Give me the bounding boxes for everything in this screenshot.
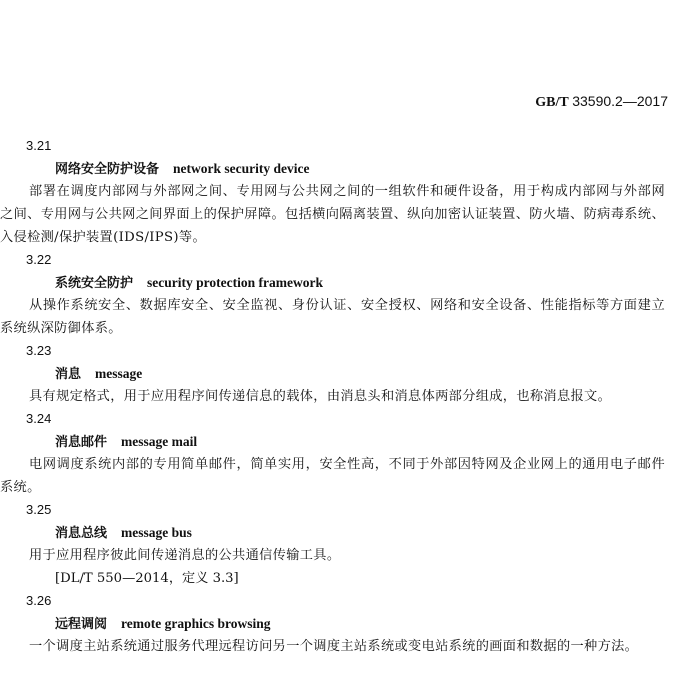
entry-number: 3.21 <box>26 135 672 157</box>
term-cn: 消息总线 <box>55 526 107 541</box>
term-en: message mail <box>121 434 197 449</box>
entry-number: 3.26 <box>26 590 672 612</box>
entry-source: [DL/T 550—2014，定义 3.3] <box>26 567 672 590</box>
document-body: 3.21 网络安全防护设备network security device 部署在… <box>26 135 672 658</box>
standard-header: GB/T 33590.2—2017 <box>535 93 668 111</box>
term-en: security protection framework <box>147 275 323 290</box>
term-cn: 网络安全防护设备 <box>55 162 159 177</box>
term-en: message <box>95 366 142 381</box>
entry-definition: 从操作系统安全、数据库安全、安全监视、身份认证、安全授权、网络和安全设备、性能指… <box>0 294 665 340</box>
entry-term: 消息message <box>26 362 672 385</box>
entry-definition: 用于应用程序彼此间传递消息的公共通信传输工具。 <box>0 544 665 567</box>
entry-definition: 具有规定格式，用于应用程序间传递信息的载体，由消息头和消息体两部分组成，也称消息… <box>0 385 665 408</box>
term-en: remote graphics browsing <box>121 616 271 631</box>
term-en: message bus <box>121 525 192 540</box>
standard-prefix: GB/T <box>535 95 568 110</box>
term-cn: 消息邮件 <box>55 435 107 450</box>
standard-number: 33590.2—2017 <box>572 93 668 109</box>
term-cn: 消息 <box>55 367 81 382</box>
entry-term: 消息邮件message mail <box>26 430 672 453</box>
entry-definition: 电网调度系统内部的专用简单邮件，简单实用，安全性高，不同于外部因特网及企业网上的… <box>0 453 665 499</box>
entry-number: 3.24 <box>26 408 672 430</box>
entry-3-26: 3.26 远程调阅remote graphics browsing 一个调度主站… <box>26 590 672 658</box>
term-cn: 系统安全防护 <box>55 276 133 291</box>
entry-definition: 部署在调度内部网与外部网之间、专用网与公共网之间的一组软件和硬件设备，用于构成内… <box>0 180 665 249</box>
entry-3-25: 3.25 消息总线message bus 用于应用程序彼此间传递消息的公共通信传… <box>26 499 672 590</box>
entry-number: 3.25 <box>26 499 672 521</box>
term-cn: 远程调阅 <box>55 617 107 632</box>
entry-3-23: 3.23 消息message 具有规定格式，用于应用程序间传递信息的载体，由消息… <box>26 340 672 408</box>
entry-term: 消息总线message bus <box>26 521 672 544</box>
entry-term: 远程调阅remote graphics browsing <box>26 612 672 635</box>
term-en: network security device <box>173 161 309 176</box>
entry-number: 3.23 <box>26 340 672 362</box>
entry-3-21: 3.21 网络安全防护设备network security device 部署在… <box>26 135 672 249</box>
entry-3-22: 3.22 系统安全防护security protection framework… <box>26 249 672 340</box>
entry-number: 3.22 <box>26 249 672 271</box>
entry-definition: 一个调度主站系统通过服务代理远程访问另一个调度主站系统或变电站系统的画面和数据的… <box>0 635 665 658</box>
entry-term: 网络安全防护设备network security device <box>26 157 672 180</box>
entry-3-24: 3.24 消息邮件message mail 电网调度系统内部的专用简单邮件，简单… <box>26 408 672 499</box>
entry-term: 系统安全防护security protection framework <box>26 271 672 294</box>
